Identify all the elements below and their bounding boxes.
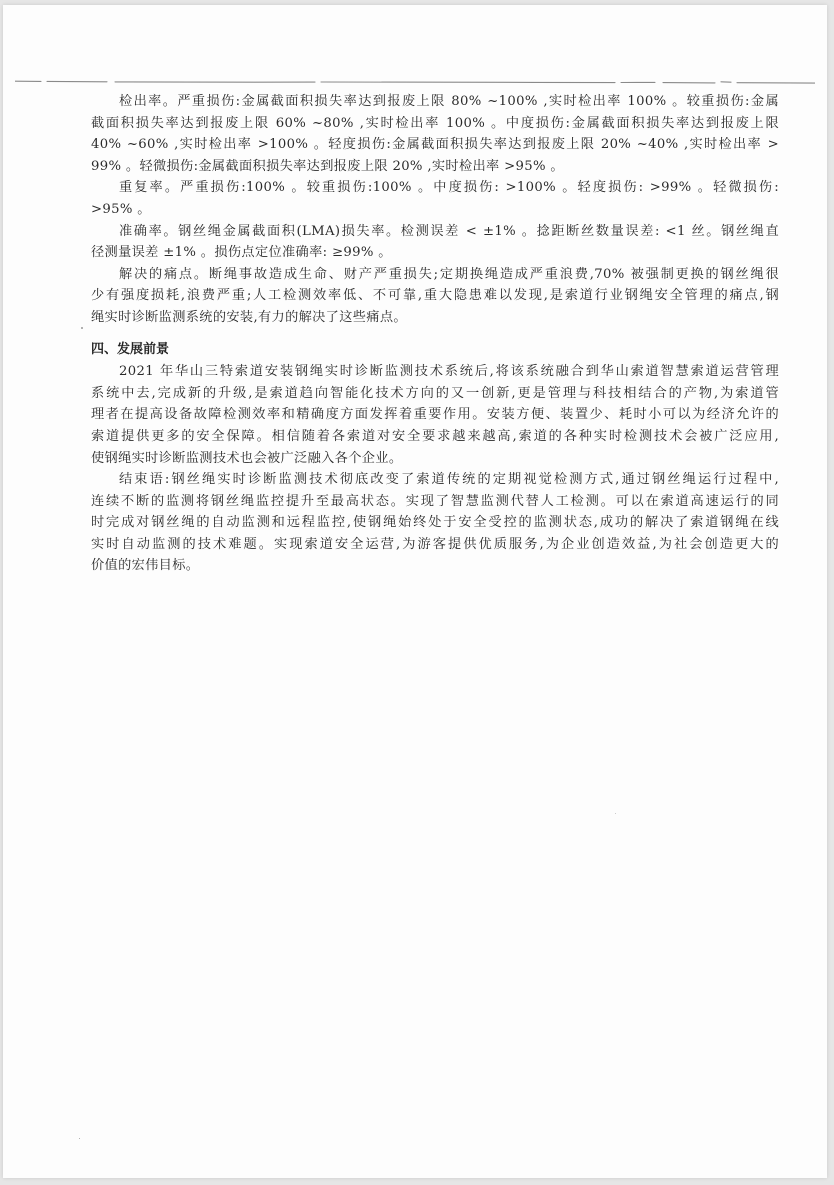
text-line: >95% 。 <box>91 199 779 221</box>
text-line: 解决的痛点。断绳事故造成生命、财产严重损失;定期换绳造成严重浪费,70% 被强制… <box>91 264 779 286</box>
header-rule <box>15 79 815 83</box>
text-line: 40% ~60% ,实时检出率 >100% 。轻度损伤:金属截面积损失率达到报废… <box>91 134 779 156</box>
text-line: 理者在提高设备故障检测效率和精确度方面发挥着重要作用。安装方便、装置少、耗时小可… <box>91 404 779 426</box>
scan-speck <box>81 327 83 329</box>
article-body: 检出率。严重损伤:金属截面积损失率达到报废上限 80% ~100% ,实时检出率… <box>91 91 779 577</box>
text-line: 结束语:钢丝绳实时诊断监测技术彻底改变了索道传统的定期视觉检测方式,通过钢丝绳运… <box>91 469 779 491</box>
paragraph-pain-points: 解决的痛点。断绳事故造成生命、财产严重损失;定期换绳造成严重浪费,70% 被强制… <box>91 264 779 329</box>
scan-speck <box>615 813 616 814</box>
text-line: 径测量误差 ±1% 。损伤点定位准确率: ≥99% 。 <box>91 242 779 264</box>
text-line: 连续不断的监测将钢丝绳监控提升至最高状态。实现了智慧监测代替人工检测。可以在索道… <box>91 491 779 513</box>
scan-speck <box>79 1138 80 1139</box>
text-line: 使钢绳实时诊断监测技术也会被广泛融入各个企业。 <box>91 448 779 470</box>
paragraph-prospects: 2021 年华山三特索道安装钢绳实时诊断监测技术系统后,将该系统融合到华山索道智… <box>91 361 779 469</box>
text-line: 系统中去,完成新的升级,是索道趋向智能化技术方向的又一创新,更是管理与科技相结合… <box>91 383 779 405</box>
paragraph-accuracy-rate: 准确率。钢丝绳金属截面积(LMA)损失率。检测误差 < ±1% 。捻距断丝数量误… <box>91 221 779 264</box>
text-line: 时完成对钢丝绳的自动监测和远程监控,使钢绳始终处于安全受控的监测状态,成功的解决… <box>91 512 779 534</box>
text-line: 少有强度损耗,浪费严重;人工检测效率低、不可靠,重大隐患难以发现,是索道行业钢绳… <box>91 285 779 307</box>
text-line: 重复率。严重损伤:100% 。较重损伤:100% 。中度损伤: >100% 。轻… <box>91 177 779 199</box>
section-heading: 四、发展前景 <box>91 339 779 361</box>
text-line: 检出率。严重损伤:金属截面积损失率达到报废上限 80% ~100% ,实时检出率… <box>91 91 779 113</box>
text-line: 实时自动监测的技术难题。实现索道安全运营,为游客提供优质服务,为企业创造效益,为… <box>91 534 779 556</box>
text-line: 索道提供更多的安全保障。相信随着各索道对安全要求越来越高,索道的各种实时检测技术… <box>91 426 779 448</box>
text-line: 2021 年华山三特索道安装钢绳实时诊断监测技术系统后,将该系统融合到华山索道智… <box>91 361 779 383</box>
text-line: 价值的宏伟目标。 <box>91 555 779 577</box>
text-line: 准确率。钢丝绳金属截面积(LMA)损失率。检测误差 < ±1% 。捻距断丝数量误… <box>91 221 779 243</box>
paragraph-conclusion: 结束语:钢丝绳实时诊断监测技术彻底改变了索道传统的定期视觉检测方式,通过钢丝绳运… <box>91 469 779 577</box>
text-line: 截面积损失率达到报废上限 60% ~80% ,实时检出率 100% 。中度损伤:… <box>91 113 779 135</box>
text-line: 绳实时诊断监测系统的安装,有力的解决了这些痛点。 <box>91 307 779 329</box>
paragraph-detection-rate: 检出率。严重损伤:金属截面积损失率达到报废上限 80% ~100% ,实时检出率… <box>91 91 779 177</box>
paragraph-repeat-rate: 重复率。严重损伤:100% 。较重损伤:100% 。中度损伤: >100% 。轻… <box>91 177 779 220</box>
text-line: 99% 。轻微损伤:金属截面积损失率达到报废上限 20% ,实时检出率 >95%… <box>91 156 779 178</box>
document-page: 检出率。严重损伤:金属截面积损失率达到报废上限 80% ~100% ,实时检出率… <box>3 5 827 1178</box>
